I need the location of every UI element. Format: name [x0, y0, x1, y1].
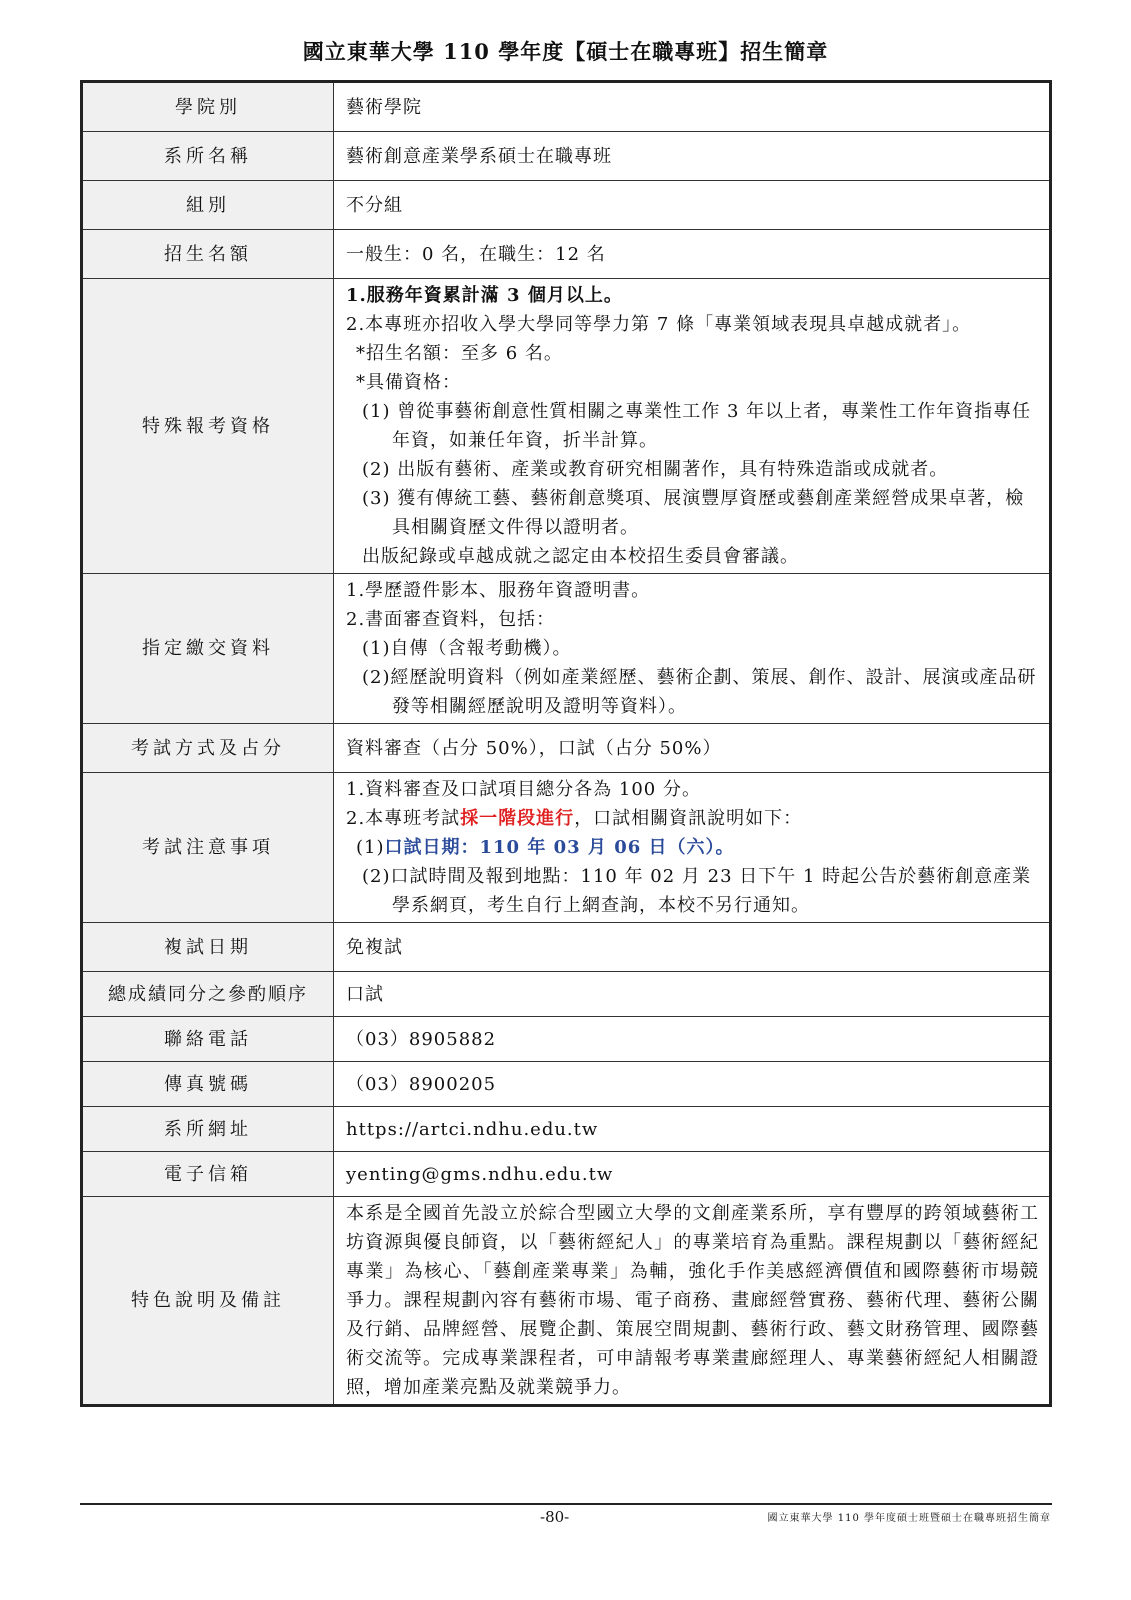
- special-line: 2.本專班亦招收入學大學同等學力第 7 條「專業領域表現具卓越成就者」。: [346, 310, 1039, 339]
- special-line: (2) 出版有藝術、產業或教育研究相關著作，具有特殊造詣或成就者。: [346, 455, 1039, 484]
- value-college: 藝術學院: [334, 82, 1051, 132]
- special-line: 出版紀錄或卓越成就之認定由本校招生委員會審議。: [346, 542, 1039, 571]
- exam-notes-text: (1): [356, 837, 385, 858]
- value-fax: （03）8900205: [334, 1062, 1051, 1107]
- table-row: 電子信箱 yenting@gms.ndhu.edu.tw: [82, 1152, 1051, 1197]
- value-retest: 免複試: [334, 923, 1051, 972]
- special-line: 1.服務年資累計滿 3 個月以上。: [346, 281, 1039, 310]
- page-title: 國立東華大學 110 學年度【碩士在職專班】招生簡章: [0, 36, 1131, 66]
- one-stage-emphasis: 採一階段進行: [460, 808, 574, 829]
- table-row: 考試注意事項 1.資料審查及口試項目總分各為 100 分。 2.本專班考試採一階…: [82, 773, 1051, 923]
- table-row: 考試方式及占分 資料審查（占分 50%），口試（占分 50%）: [82, 724, 1051, 773]
- label-phone: 聯絡電話: [82, 1017, 334, 1062]
- table-row: 特殊報考資格 1.服務年資累計滿 3 個月以上。 2.本專班亦招收入學大學同等學…: [82, 279, 1051, 574]
- table-row: 學院別 藝術學院: [82, 82, 1051, 132]
- label-email: 電子信箱: [82, 1152, 334, 1197]
- website-link[interactable]: https://artci.ndhu.edu.tw: [334, 1107, 1051, 1152]
- special-line: *具備資格：: [346, 368, 1039, 397]
- value-department: 藝術創意產業學系碩士在職專班: [334, 132, 1051, 181]
- table-row: 系所名稱 藝術創意產業學系碩士在職專班: [82, 132, 1051, 181]
- table-row: 傳真號碼 （03）8900205: [82, 1062, 1051, 1107]
- value-phone: （03）8905882: [334, 1017, 1051, 1062]
- value-special-qualification: 1.服務年資累計滿 3 個月以上。 2.本專班亦招收入學大學同等學力第 7 條「…: [334, 279, 1051, 574]
- label-retest: 複試日期: [82, 923, 334, 972]
- footer-divider: [80, 1503, 1052, 1505]
- interview-date-emphasis: 口試日期：110 年 03 月 06 日（六）。: [385, 837, 735, 858]
- label-group: 組別: [82, 181, 334, 230]
- exam-notes-line: 1.資料審查及口試項目總分各為 100 分。: [346, 775, 1039, 804]
- email-link[interactable]: yenting@gms.ndhu.edu.tw: [334, 1152, 1051, 1197]
- table-row: 特色說明及備註 本系是全國首先設立於綜合型國立大學的文創產業系所，享有豐厚的跨領…: [82, 1197, 1051, 1406]
- table-row: 指定繳交資料 1.學歷證件影本、服務年資證明書。 2.書面審查資料，包括： (1…: [82, 574, 1051, 724]
- exam-notes-line: (1)口試日期：110 年 03 月 06 日（六）。: [346, 833, 1039, 862]
- documents-line: 1.學歷證件影本、服務年資證明書。: [346, 576, 1039, 605]
- label-documents: 指定繳交資料: [82, 574, 334, 724]
- table-row: 招生名額 一般生：0 名，在職生：12 名: [82, 230, 1051, 279]
- table-row: 聯絡電話 （03）8905882: [82, 1017, 1051, 1062]
- value-documents: 1.學歷證件影本、服務年資證明書。 2.書面審查資料，包括： (1)自傳（含報考…: [334, 574, 1051, 724]
- exam-notes-text: ，口試相關資訊說明如下：: [574, 808, 802, 829]
- special-line: (1) 曾從事藝術創意性質相關之專業性工作 3 年以上者，專業性工作年資指專任年…: [346, 397, 1039, 455]
- label-special-qualification: 特殊報考資格: [82, 279, 334, 574]
- label-quota: 招生名額: [82, 230, 334, 279]
- value-group: 不分組: [334, 181, 1051, 230]
- value-quota: 一般生：0 名，在職生：12 名: [334, 230, 1051, 279]
- label-website: 系所網址: [82, 1107, 334, 1152]
- label-exam-notes: 考試注意事項: [82, 773, 334, 923]
- label-fax: 傳真號碼: [82, 1062, 334, 1107]
- value-exam-notes: 1.資料審查及口試項目總分各為 100 分。 2.本專班考試採一階段進行，口試相…: [334, 773, 1051, 923]
- table-row: 複試日期 免複試: [82, 923, 1051, 972]
- page-number: -80-: [540, 1508, 569, 1526]
- exam-notes-text: 2.本專班考試: [346, 808, 460, 829]
- label-tiebreak: 總成績同分之參酌順序: [82, 972, 334, 1017]
- label-exam-method: 考試方式及占分: [82, 724, 334, 773]
- footer-text: 國立東華大學 110 學年度碩士班暨碩士在職專班招生簡章: [768, 1509, 1051, 1524]
- value-tiebreak: 口試: [334, 972, 1051, 1017]
- value-features: 本系是全國首先設立於綜合型國立大學的文創產業系所，享有豐厚的跨領域藝術工坊資源與…: [334, 1197, 1051, 1406]
- label-features: 特色說明及備註: [82, 1197, 334, 1406]
- table-row: 系所網址 https://artci.ndhu.edu.tw: [82, 1107, 1051, 1152]
- value-exam-method: 資料審查（占分 50%），口試（占分 50%）: [334, 724, 1051, 773]
- exam-notes-line: 2.本專班考試採一階段進行，口試相關資訊說明如下：: [346, 804, 1039, 833]
- label-department: 系所名稱: [82, 132, 334, 181]
- documents-line: (1)自傳（含報考動機）。: [346, 634, 1039, 663]
- exam-notes-line: (2)口試時間及報到地點：110 年 02 月 23 日下午 1 時起公告於藝術…: [346, 862, 1039, 920]
- table-row: 組別 不分組: [82, 181, 1051, 230]
- special-line: *招生名額：至多 6 名。: [346, 339, 1039, 368]
- documents-line: 2.書面審查資料，包括：: [346, 605, 1039, 634]
- label-college: 學院別: [82, 82, 334, 132]
- table-row: 總成績同分之參酌順序 口試: [82, 972, 1051, 1017]
- admission-table: 學院別 藝術學院 系所名稱 藝術創意產業學系碩士在職專班 組別 不分組 招生名額…: [80, 80, 1052, 1407]
- special-line: (3) 獲有傳統工藝、藝術創意獎項、展演豐厚資歷或藝創產業經營成果卓著，檢具相關…: [346, 484, 1039, 542]
- documents-line: (2)經歷說明資料（例如產業經歷、藝術企劃、策展、創作、設計、展演或產品研發等相…: [346, 663, 1039, 721]
